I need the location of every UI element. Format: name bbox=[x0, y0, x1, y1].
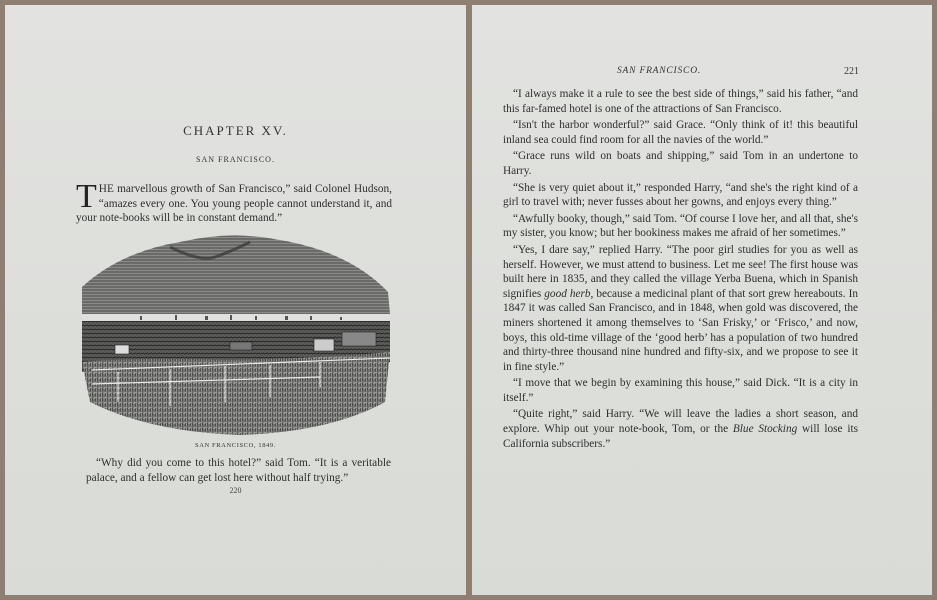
left-page: CHAPTER XV. SAN FRANCISCO. T HE marvello… bbox=[5, 5, 466, 595]
paragraph-text: , because a medicinal plant of that sort… bbox=[503, 288, 858, 373]
italic-phrase: good herb bbox=[544, 288, 590, 300]
page-number: 220 bbox=[5, 486, 466, 495]
paragraph: “Yes, I dare say,” replied Harry. “The p… bbox=[503, 243, 858, 374]
paragraph: “Grace runs wild on boats and shipping,”… bbox=[503, 149, 858, 178]
paragraph: “Awfully booky, though,” said Tom. “Of c… bbox=[503, 212, 858, 241]
chapter-title: CHAPTER XV. bbox=[5, 123, 466, 139]
drop-cap: T bbox=[76, 184, 97, 210]
paragraph: “She is very quiet about it,” responded … bbox=[503, 181, 858, 210]
opening-paragraph: T HE marvellous growth of San Francisco,… bbox=[76, 182, 392, 226]
paragraph: “I move that we begin by examining this … bbox=[503, 376, 858, 405]
illustration-caption: SAN FRANCISCO, 1849. bbox=[5, 442, 466, 449]
landscape-engraving-icon bbox=[80, 232, 392, 437]
chapter-subtitle: SAN FRANCISCO. bbox=[5, 155, 466, 164]
italic-title: Blue Stocking bbox=[733, 423, 797, 435]
right-page: SAN FRANCISCO. 221 “I always make it a r… bbox=[472, 5, 932, 595]
paragraph: “Isn't the harbor wonderful?” said Grace… bbox=[503, 118, 858, 147]
page-number: 221 bbox=[844, 66, 859, 77]
opening-paragraph-text: HE marvellous growth of San Francisco,” … bbox=[76, 183, 392, 224]
illustration-engraving bbox=[80, 232, 392, 437]
closing-paragraph: “Why did you come to this hotel?” said T… bbox=[86, 456, 391, 485]
running-head: SAN FRANCISCO. bbox=[617, 66, 701, 76]
body-text: “I always make it a rule to see the best… bbox=[503, 87, 858, 451]
paragraph: “I always make it a rule to see the best… bbox=[503, 87, 858, 116]
paragraph: “Quite right,” said Harry. “We will leav… bbox=[503, 407, 858, 451]
